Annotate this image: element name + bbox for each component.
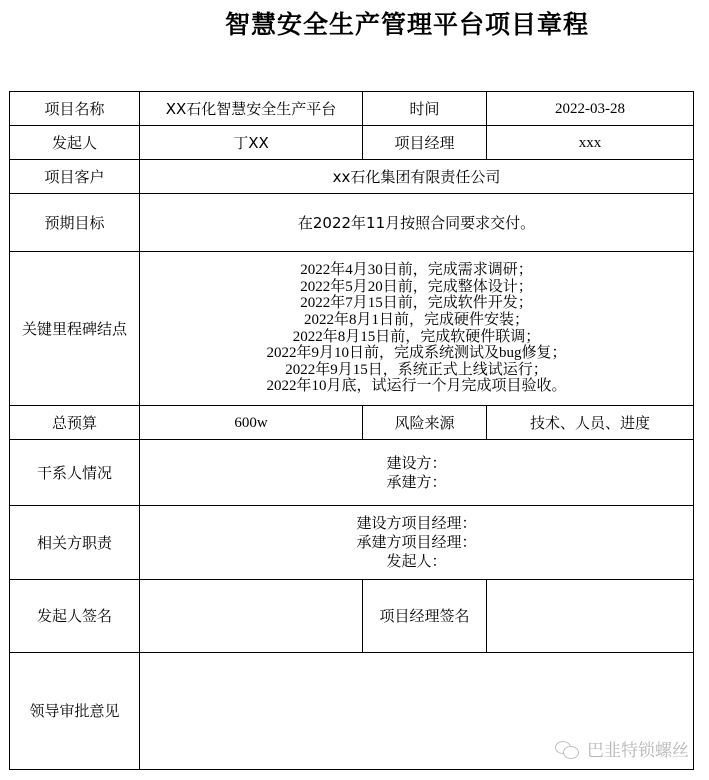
row-milestones: 关键里程碑结点 2022年4月30日前，完成需求调研； 2022年5月20日前，… bbox=[10, 252, 694, 406]
budget-label: 总预算 bbox=[10, 406, 140, 440]
responsibilities-label: 相关方职责 bbox=[10, 506, 140, 580]
milestone-item: 2022年10月底，试运行一个月完成项目验收。 bbox=[140, 378, 693, 395]
time-value: 2022-03-28 bbox=[487, 92, 694, 126]
document-title: 智慧安全生产管理平台项目章程 bbox=[0, 8, 709, 42]
milestone-item: 2022年8月15日前，完成软硬件联调； bbox=[140, 329, 693, 346]
project-name-value: XX石化智慧安全生产平台 bbox=[140, 92, 363, 126]
milestone-item: 2022年8月1日前，完成硬件安装； bbox=[140, 312, 693, 329]
sponsor-sign-label: 发起人签名 bbox=[10, 580, 140, 653]
risk-label: 风险来源 bbox=[363, 406, 487, 440]
approval-label: 领导审批意见 bbox=[10, 653, 140, 770]
pm-sign-field bbox=[487, 580, 694, 653]
sponsor-sign-field bbox=[140, 580, 363, 653]
stakeholders-label: 干系人情况 bbox=[10, 440, 140, 506]
stakeholders-value: 建设方： 承建方： bbox=[140, 440, 694, 506]
sponsor-value: 丁XX bbox=[140, 126, 363, 160]
milestone-item: 2022年9月10日前，完成系统测试及bug修复； bbox=[140, 345, 693, 362]
stakeholder-line: 建设方： bbox=[140, 454, 693, 473]
row-goal: 预期目标 在2022年11月按照合同要求交付。 bbox=[10, 194, 694, 252]
row-stakeholders: 干系人情况 建设方： 承建方： bbox=[10, 440, 694, 506]
client-label: 项目客户 bbox=[10, 160, 140, 194]
goal-value: 在2022年11月按照合同要求交付。 bbox=[140, 194, 694, 252]
milestone-item: 2022年4月30日前，完成需求调研； bbox=[140, 262, 693, 279]
budget-value: 600w bbox=[140, 406, 363, 440]
milestone-item: 2022年9月15日，系统正式上线试运行； bbox=[140, 362, 693, 379]
milestones-label: 关键里程碑结点 bbox=[10, 252, 140, 406]
sponsor-label: 发起人 bbox=[10, 126, 140, 160]
wechat-icon bbox=[553, 739, 581, 759]
watermark: 巴韭特锁螺丝 bbox=[553, 736, 689, 761]
client-value: xx石化集团有限责任公司 bbox=[140, 160, 694, 194]
responsibility-line: 建设方项目经理： bbox=[140, 514, 693, 533]
pm-value: xxx bbox=[487, 126, 694, 160]
stakeholder-line: 承建方： bbox=[140, 473, 693, 492]
row-project-name: 项目名称 XX石化智慧安全生产平台 时间 2022-03-28 bbox=[10, 92, 694, 126]
milestone-item: 2022年5月20日前，完成整体设计； bbox=[140, 279, 693, 296]
pm-label: 项目经理 bbox=[363, 126, 487, 160]
pm-sign-label: 项目经理签名 bbox=[363, 580, 487, 653]
responsibility-line: 发起人： bbox=[140, 552, 693, 571]
milestones-list: 2022年4月30日前，完成需求调研； 2022年5月20日前，完成整体设计； … bbox=[140, 252, 694, 406]
row-client: 项目客户 xx石化集团有限责任公司 bbox=[10, 160, 694, 194]
responsibilities-value: 建设方项目经理： 承建方项目经理： 发起人： bbox=[140, 506, 694, 580]
watermark-text: 巴韭特锁螺丝 bbox=[587, 736, 689, 761]
project-charter-table: 项目名称 XX石化智慧安全生产平台 时间 2022-03-28 发起人 丁XX … bbox=[9, 91, 694, 770]
row-budget: 总预算 600w 风险来源 技术、人员、进度 bbox=[10, 406, 694, 440]
milestone-item: 2022年7月15日前，完成软件开发； bbox=[140, 295, 693, 312]
risk-value: 技术、人员、进度 bbox=[487, 406, 694, 440]
responsibility-line: 承建方项目经理： bbox=[140, 533, 693, 552]
row-signatures: 发起人签名 项目经理签名 bbox=[10, 580, 694, 653]
time-label: 时间 bbox=[363, 92, 487, 126]
project-name-label: 项目名称 bbox=[10, 92, 140, 126]
row-sponsor: 发起人 丁XX 项目经理 xxx bbox=[10, 126, 694, 160]
goal-label: 预期目标 bbox=[10, 194, 140, 252]
row-responsibilities: 相关方职责 建设方项目经理： 承建方项目经理： 发起人： bbox=[10, 506, 694, 580]
